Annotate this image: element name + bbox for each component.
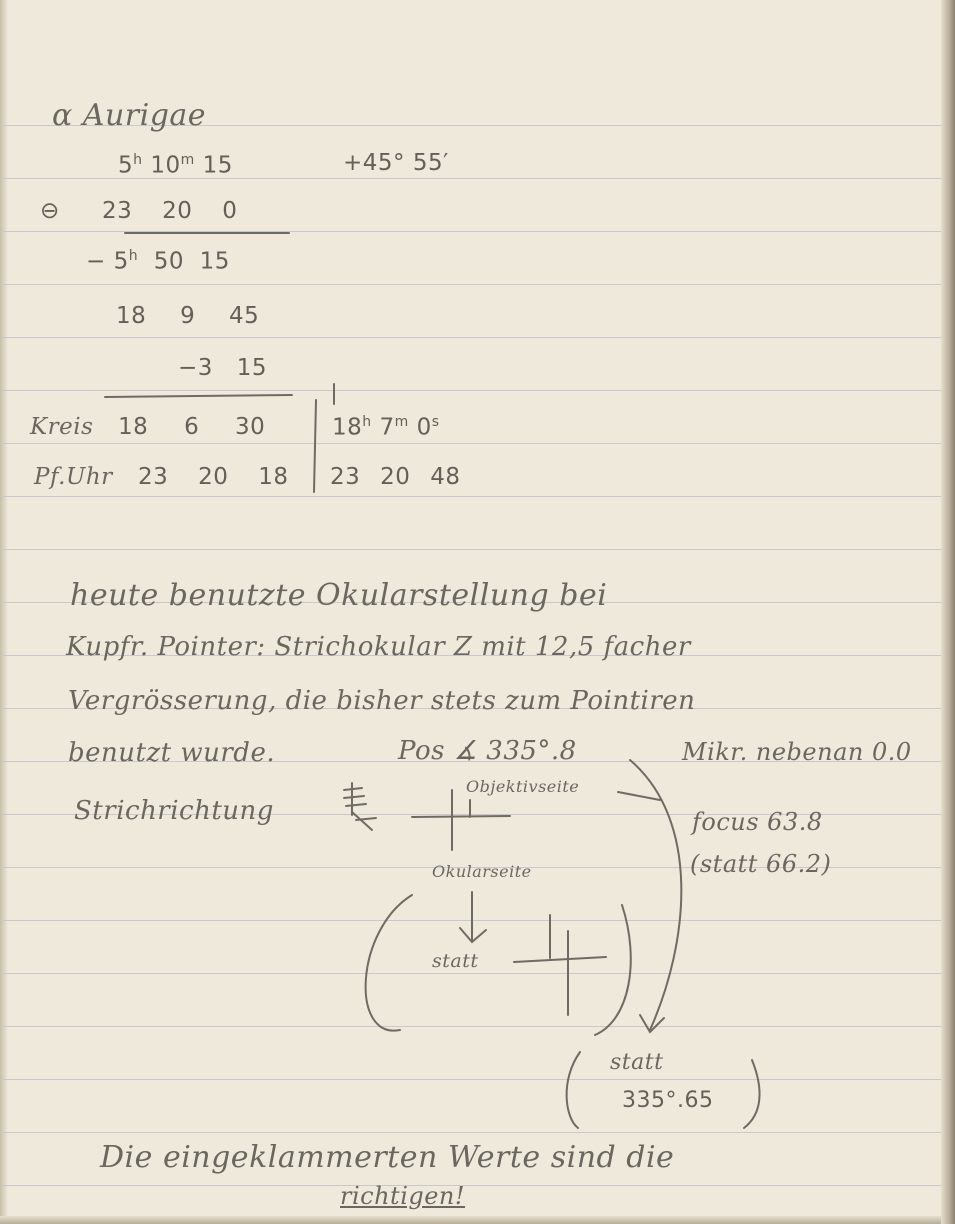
line-direction-icon: [344, 783, 376, 830]
correction-arrow: [630, 760, 681, 1030]
left-bracket: [366, 895, 412, 1031]
statt-right-bracket: [744, 1060, 760, 1128]
statt-left-bracket: [567, 1052, 580, 1128]
notebook-page: α Aurigae 5h 10m 15 +45° 55′ ⊖ 23 20 0 −…: [0, 0, 955, 1224]
column-divider: [314, 400, 316, 492]
crosshair-statt-diagram: [514, 915, 606, 1015]
page-bottom-edge: [0, 1216, 955, 1224]
right-bracket: [595, 905, 631, 1035]
crosshair-objektiv-diagram: [412, 790, 510, 850]
sum-underline-2: [105, 395, 292, 397]
pencil-drawings: [0, 0, 955, 1224]
